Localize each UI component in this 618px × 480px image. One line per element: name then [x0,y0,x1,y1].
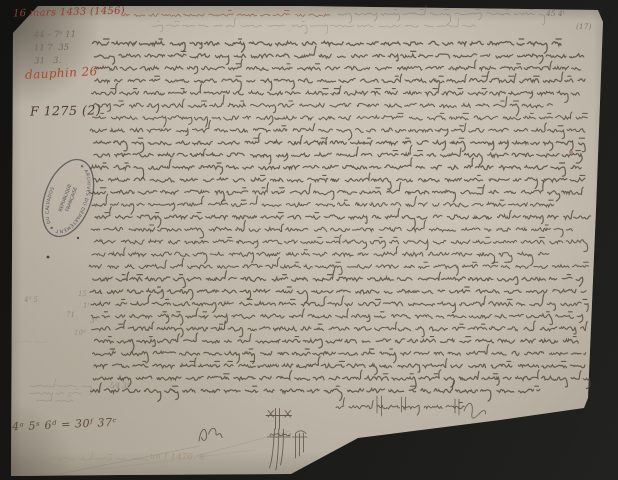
pencil-mark: 1ᶠ [83,302,89,310]
pencil-mark: 15 [78,290,87,298]
ink-stroke [95,59,581,73]
manuscript-scan: ★ ARCHIVES DU DÉPARTEMENT ★ DU CALVADOS … [0,0,618,480]
ink-stroke [93,270,583,288]
ink-stroke [152,18,476,34]
ink-stroke [94,173,585,189]
pencil-mark: 3ᵈ [90,317,97,325]
ink-stroke [196,431,290,456]
ink-stroke [90,182,584,202]
ink-stroke [92,194,554,214]
ink-stroke [91,220,572,238]
pencil-mark: 71 [66,311,75,319]
margin-account-line: 11 7 35 [34,42,76,56]
ink-stroke [90,287,586,303]
margin-account-figures: 44 – 7ˢ 11 11 7 35 31 3. [34,29,77,69]
ink-stroke [91,294,588,313]
ink-stroke [93,345,586,364]
ink-stroke [94,46,584,64]
top-right-figures: 45 4ᵗ [546,9,565,18]
ink-stroke [92,95,552,116]
ink-stroke [90,120,585,140]
ink-stroke [266,409,292,430]
ink-stroke [95,207,591,229]
pencil-mark: 4ᵈ 5 [24,296,38,304]
ink-stroke [199,428,223,441]
ink-stroke [93,39,562,53]
shelfmark-note: F 1275 (2) [30,102,101,118]
ink-stroke [94,235,587,252]
ink-stroke [293,431,308,458]
ink-stroke [336,398,464,415]
ink-stroke [93,370,590,389]
pencil-mark: 5⁄4 3ᵈ [110,382,130,390]
ink-stroke [91,308,583,325]
ink-speck [47,256,50,259]
top-right-figures: (17) [576,22,591,31]
show-through-verso-note: un f 1470, 8 [150,452,205,462]
ink-stroke [94,333,578,352]
ink-stroke [91,381,540,402]
ink-speck [569,150,573,154]
ink-stroke [93,133,585,152]
stamp-center-text: RÉPUBLIQUE FRANÇAISE [56,181,80,215]
ink-stroke [92,247,549,266]
ink-stroke [338,6,545,26]
ink-stroke [30,379,91,395]
ink-stroke [94,145,582,165]
ink-stroke [464,403,486,418]
ink-stroke [93,112,588,127]
ink-stroke [94,357,585,375]
ink-stroke [90,158,581,179]
margin-account-line: 44 – 7ˢ 11 [34,29,76,43]
pencil-mark: 10ᵈ [74,329,86,337]
ink-stroke [14,341,48,343]
ink-stroke [122,11,330,17]
ink-stroke [30,389,81,395]
ink-stroke [89,258,588,276]
ink-stroke [36,392,73,401]
